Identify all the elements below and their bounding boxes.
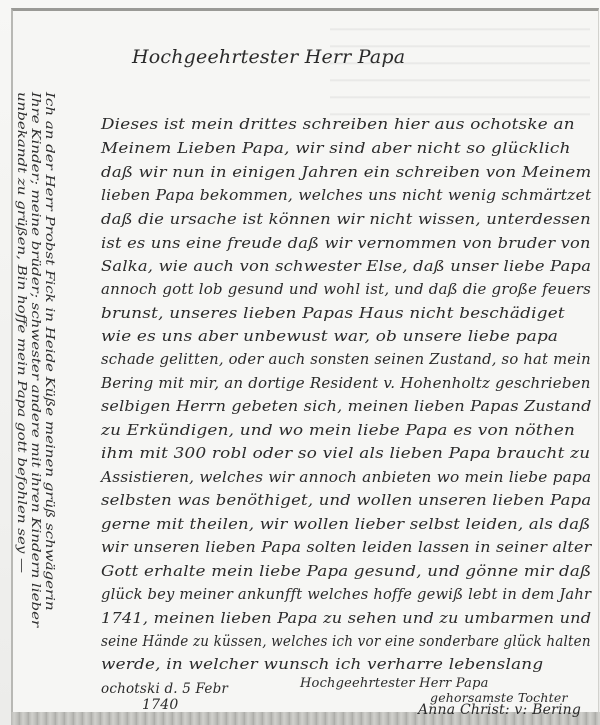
signature: Anna Christ: v: Bering [418, 702, 581, 718]
margin-line: Ihre Kinder; meine brüder; schwester and… [29, 92, 44, 627]
body-line: Salka, wie auch von schwester Else, daß … [101, 258, 591, 275]
place-date: ochotski d. 5 Febr [101, 681, 228, 697]
body-line: wie es uns aber unbewust war, ob unsere … [101, 328, 558, 345]
margin-line: Ich an der Herr Probst Fick in Heide Küß… [43, 92, 58, 611]
body-line: lieben Papa bekommen, welches uns nicht … [101, 187, 591, 204]
bleed-through-text [330, 14, 590, 124]
margin-line: unbekandt zu grüßen, Bin hoffe mein Papa… [15, 92, 30, 573]
closing-salutation: Hochgeehrtester Herr Papa [300, 676, 489, 691]
body-line: selbsten was benöthiget, und wollen unse… [101, 492, 591, 509]
body-line: daß die ursache ist können wir nicht wis… [101, 211, 591, 228]
body-line: ihm mit 300 robl oder so viel als lieben… [101, 445, 590, 462]
body-line: annoch gott lob gesund und wohl ist, und… [101, 281, 591, 298]
body-line: glück bey meiner ankunfft welches hoffe … [101, 586, 591, 603]
body-line: wir unseren lieben Papa solten leiden la… [101, 539, 591, 556]
scanned-page: Hochgeehrtester Herr Papa Dieses ist mei… [0, 0, 600, 725]
body-line: Meinem Lieben Papa, wir sind aber nicht … [101, 140, 571, 157]
body-line: schade gelitten, oder auch sonsten seine… [101, 351, 591, 368]
body-line: Dieses ist mein drittes schreiben hier a… [101, 116, 575, 133]
date-year: 1740 [142, 697, 178, 713]
body-line: Bering mit mir, an dortige Resident v. H… [101, 375, 591, 392]
body-line: gerne mit theilen, wir wollen lieber sel… [101, 516, 590, 533]
body-line: selbigen Herrn gebeten sich, meinen lieb… [101, 398, 592, 415]
letter-greeting: Hochgeehrtester Herr Papa [132, 46, 405, 68]
body-line: 1741, meinen lieben Papa zu sehen und zu… [101, 610, 591, 627]
body-line: zu Erkündigen, und wo mein liebe Papa es… [101, 422, 575, 439]
body-line: Gott erhalte mein liebe Papa gesund, und… [101, 563, 591, 580]
body-line: daß wir nun in einigen Jahren ein schrei… [101, 164, 591, 181]
body-line: brunst, unseres lieben Papas Haus nicht … [101, 305, 565, 322]
body-line: werde, in welcher wunsch ich verharre le… [101, 656, 543, 673]
body-line: Assistieren, welches wir annoch anbieten… [101, 469, 591, 486]
body-line: ist es uns eine freude daß wir vernommen… [101, 235, 591, 252]
body-line: seine Hände zu küssen, welches ich vor e… [101, 633, 591, 650]
